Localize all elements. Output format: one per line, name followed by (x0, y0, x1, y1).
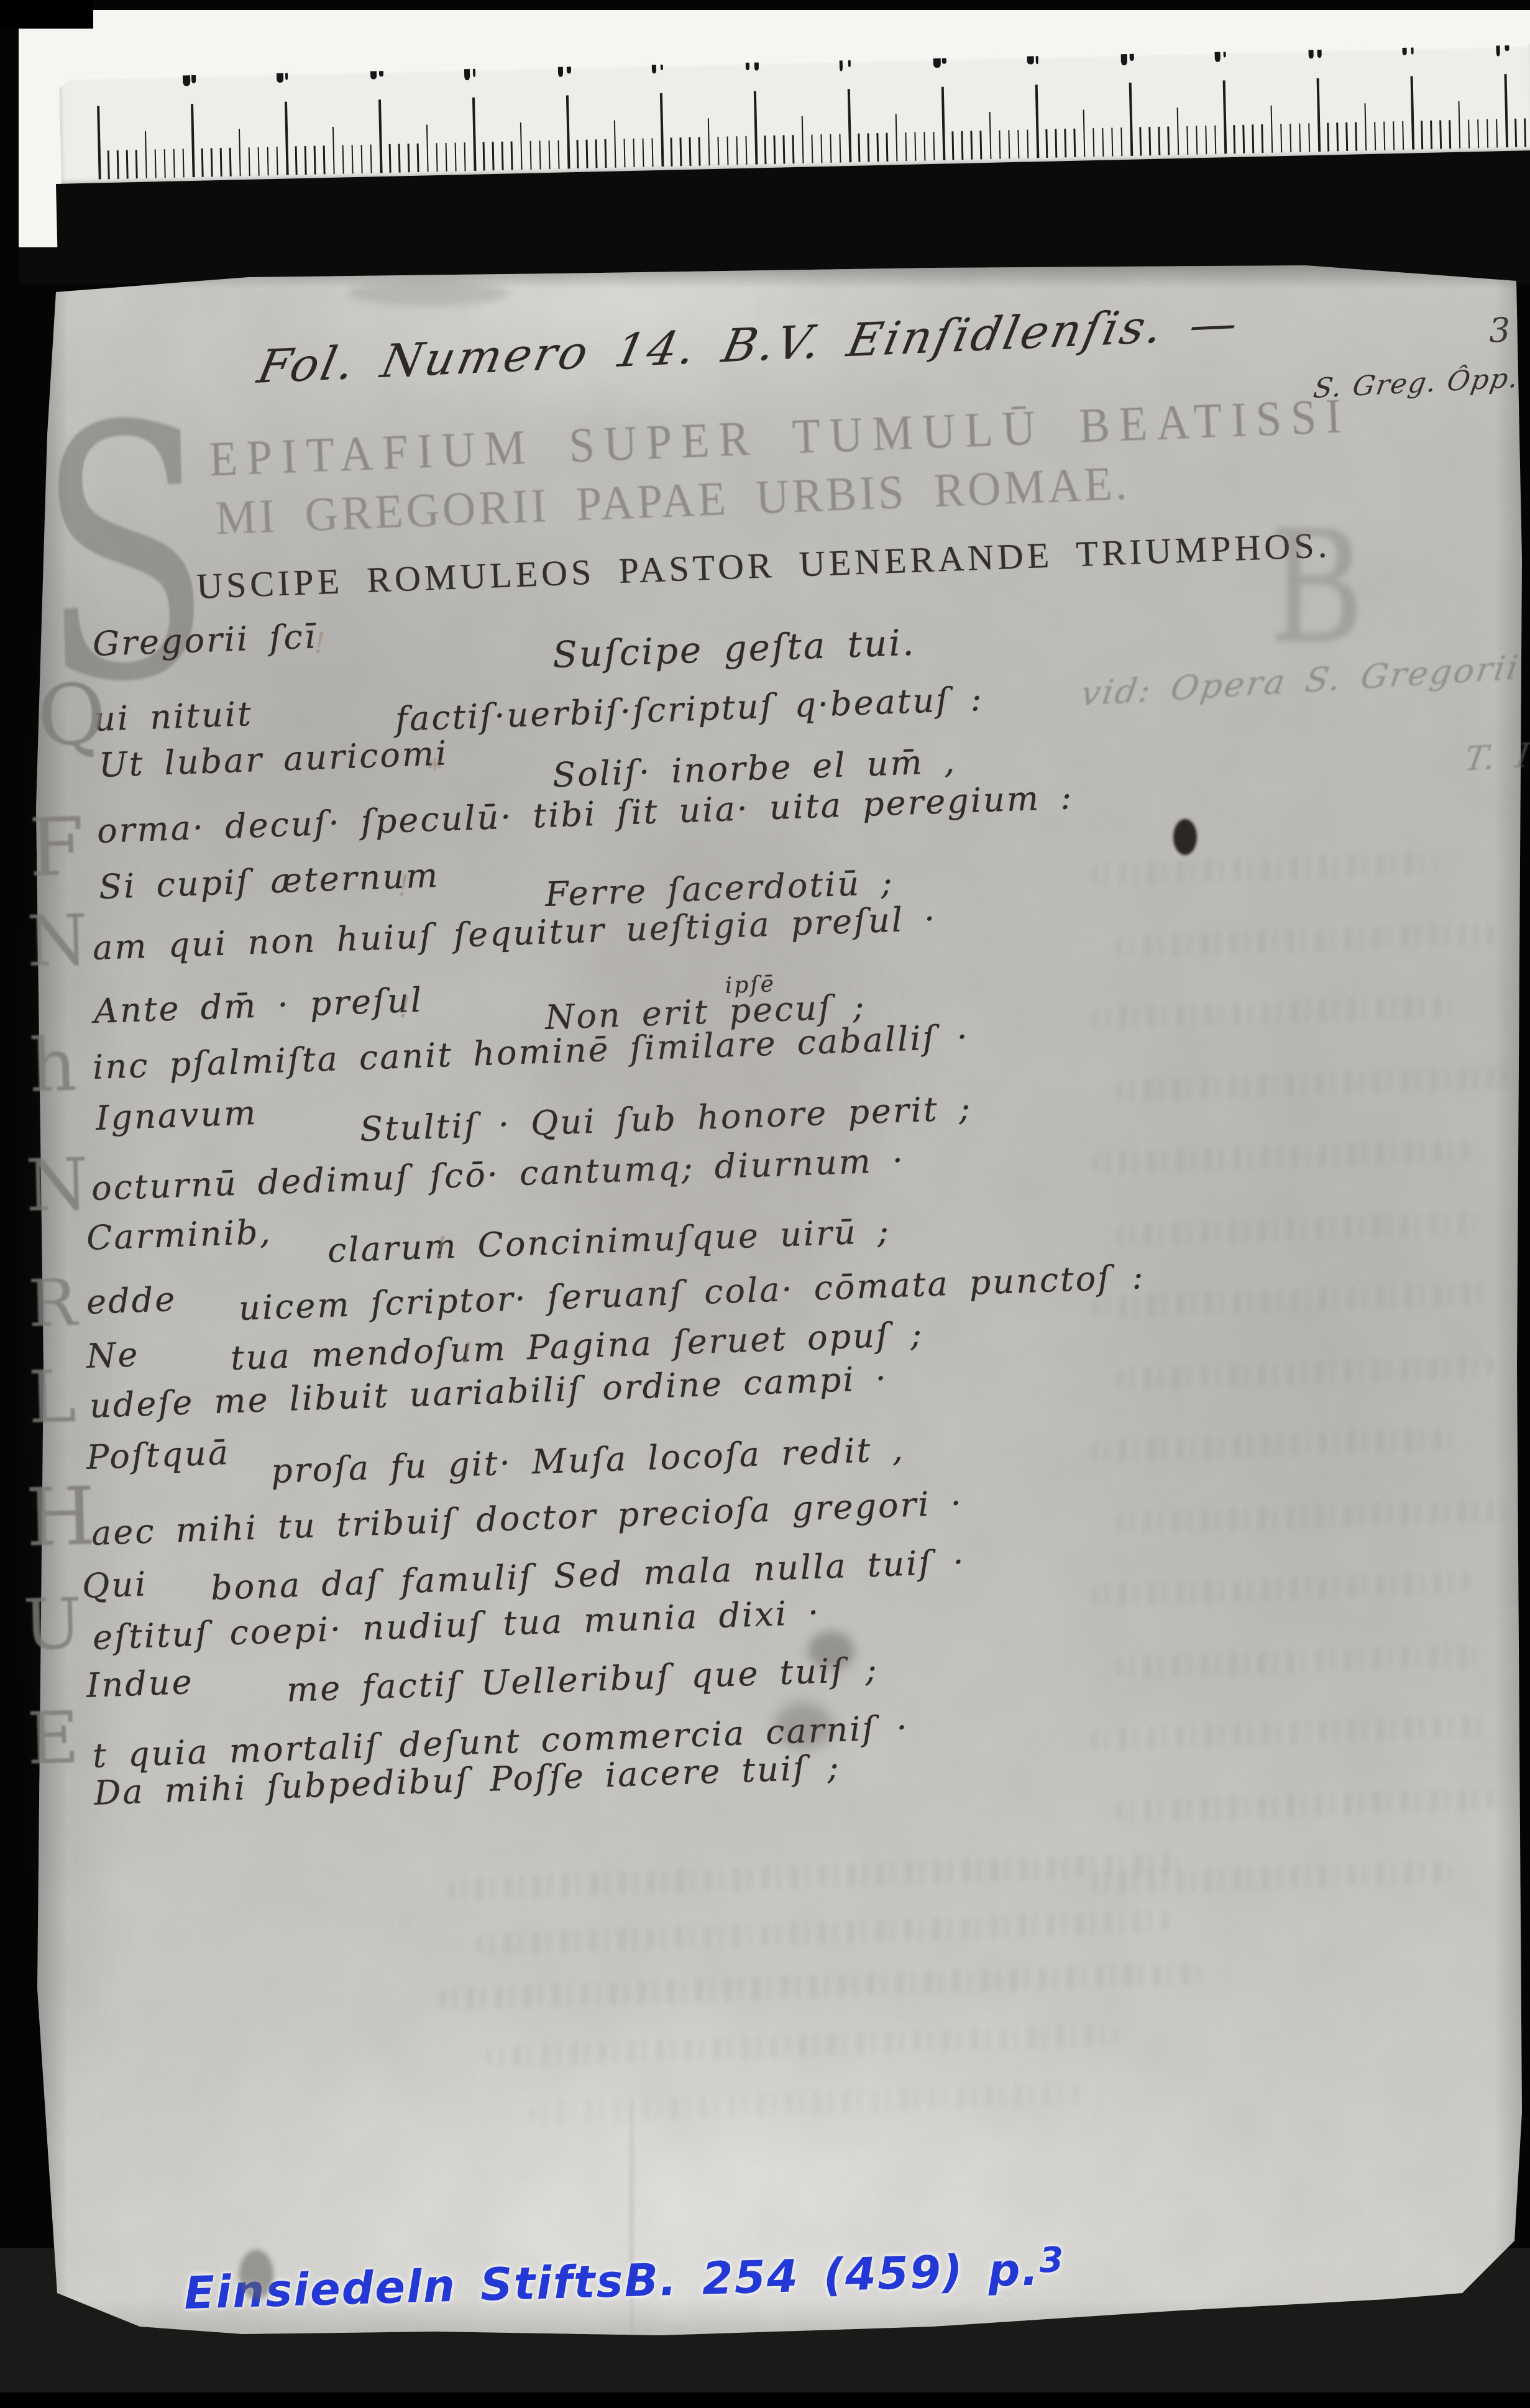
ruler-tick (783, 135, 786, 164)
ruler-tick (1345, 122, 1348, 151)
ruler-tick (642, 139, 644, 167)
ruler-number-stub (1121, 54, 1127, 65)
ruler-tick (1411, 76, 1414, 150)
ruler-tick (378, 99, 382, 173)
ruler-tick (314, 146, 316, 175)
ruler-tick (1196, 126, 1198, 154)
ruler-tick (483, 142, 485, 171)
ruler-tick (613, 121, 616, 168)
ruler-tick (586, 140, 589, 168)
ruler-tick (285, 102, 288, 175)
ruler-tick (914, 132, 917, 161)
ruler-tick (492, 142, 495, 170)
ruler-number-stub (558, 67, 563, 77)
ruler-number-stub (191, 75, 196, 83)
ruler-number-stub (840, 60, 843, 71)
ruler-tick (108, 150, 110, 179)
ruler-tick (1439, 121, 1442, 149)
frame-corner (0, 0, 93, 29)
ruler-tick (1008, 130, 1010, 158)
ruler-tick (342, 145, 344, 174)
ruler-tick (426, 125, 428, 172)
ruler-tick (820, 134, 823, 163)
ruler-tick (557, 140, 560, 169)
ink-stain (239, 2250, 273, 2299)
ruler-tick (1158, 127, 1161, 155)
ruler-tick (1449, 120, 1452, 149)
ruler-tick (745, 136, 748, 165)
opening-left: Gregorii ſcī (92, 616, 318, 664)
ruler-tick (1504, 74, 1508, 147)
ruler-tick (671, 138, 673, 167)
ruler-tick (801, 116, 804, 163)
ruler-number-stub (1224, 52, 1226, 57)
ruler-tick (305, 146, 307, 175)
ruler-number-stub (1317, 50, 1322, 58)
ink-stain (808, 1631, 854, 1670)
ruler-tick (548, 140, 551, 169)
ruler-tick (1186, 126, 1189, 155)
ruler-tick (905, 132, 907, 161)
ruler-tick (1148, 127, 1151, 155)
metrical-mark: ! (398, 869, 410, 902)
ruler-tick (1111, 128, 1114, 157)
ruler-tick (1421, 121, 1423, 149)
ink-stain (37, 559, 112, 2051)
ruler-tick (173, 149, 175, 178)
manuscript-photograph: 3 Fol. Numero 14. B.V. Einſidlenſis. — S… (0, 0, 1530, 2408)
ruler-tick (1074, 129, 1076, 157)
ruler-tick (211, 148, 213, 176)
metrical-mark: ! (461, 1336, 473, 1370)
metrical-mark: ! (314, 626, 326, 660)
ruler-tick (1430, 121, 1432, 149)
ruler-tick (774, 135, 776, 164)
ruler-tick (1017, 130, 1020, 158)
ruler-tick (323, 145, 326, 174)
ruler-tick (1327, 123, 1329, 152)
ruler-tick (736, 136, 738, 165)
ruler-tick (1468, 120, 1470, 149)
ruler-tick (707, 118, 710, 165)
ruler-tick (792, 135, 795, 163)
ruler-tick (754, 91, 758, 165)
ruler-tick (201, 149, 204, 177)
ruler-tick (539, 140, 541, 169)
ruler-tick (595, 139, 598, 168)
ruler-tick (257, 147, 260, 176)
ruler-number-stub (379, 71, 383, 76)
ruler-number-stub (277, 73, 283, 83)
ruler-tick (961, 131, 964, 160)
ruler-tick (1252, 124, 1255, 153)
ruler-tick (680, 137, 682, 166)
ruler-tick (999, 130, 1001, 159)
ruler-number-stub (183, 75, 190, 86)
ruler-number-stub (942, 58, 946, 64)
ruler-number-stub (567, 66, 571, 73)
ruler-number-stub (1496, 45, 1500, 56)
ruler-tick (689, 137, 692, 166)
ruler-tick (1102, 128, 1104, 157)
ruler-tick (1290, 124, 1292, 152)
ruler-tick (445, 143, 447, 172)
ruler-tick (1280, 124, 1283, 152)
ruler-tick (989, 112, 991, 159)
ruler-tick (1496, 119, 1498, 148)
ruler-tick (1035, 85, 1039, 158)
ruler-tick (1129, 83, 1133, 156)
ruler-tick (398, 144, 401, 173)
ruler-tick (183, 149, 185, 177)
ruler-tick (520, 122, 522, 170)
ruler-tick (1205, 126, 1207, 154)
ruler-tick (502, 142, 504, 170)
ruler-tick (1120, 127, 1123, 156)
ruler-tick (848, 89, 851, 162)
ruler-tick (895, 114, 897, 161)
ruler-number-stub (464, 69, 470, 80)
ruler-tick (117, 150, 119, 179)
metrical-mark: ! (435, 1230, 447, 1264)
ruler-number-stub (1505, 45, 1509, 51)
ruler-tick (464, 142, 466, 171)
ruler-tick (1364, 103, 1367, 150)
verse-line: Ignavum (95, 1093, 258, 1138)
ruler-tick (360, 145, 363, 173)
ink-stain (630, 2100, 633, 2337)
verse-line: ui nituit (93, 694, 254, 739)
metrical-mark: ! (399, 991, 411, 1024)
ruler-tick (135, 150, 138, 178)
ruler-tick (1458, 101, 1460, 149)
ruler-tick (220, 148, 222, 176)
ruler-tick (332, 127, 334, 174)
page-number: 3 (1488, 310, 1511, 350)
caption-page-sup: 3 (1038, 2240, 1065, 2281)
ruler-tick (868, 133, 870, 162)
ruler-tick (858, 134, 860, 162)
ruler-tick (1045, 129, 1048, 158)
ruler-tick (529, 141, 532, 170)
ruler-tick (1402, 121, 1404, 150)
ruler-tick (1317, 78, 1321, 152)
ruler-tick (566, 95, 570, 168)
ruler-tick (951, 131, 954, 160)
ruler-tick (454, 143, 457, 172)
ruler-tick (1336, 122, 1339, 151)
ink-stain (559, 808, 870, 1367)
ruler-tick (277, 147, 279, 175)
ruler-tick (941, 87, 945, 160)
ruler-tick (1055, 129, 1057, 158)
ruler-number-stub (848, 60, 851, 67)
ruler-tick (1308, 123, 1311, 152)
ruler-number-stub (1309, 50, 1314, 58)
ruler-number-stub (1215, 52, 1221, 62)
ruler-tick (1083, 110, 1085, 157)
ruler-tick (980, 130, 983, 159)
ruler-tick (605, 139, 607, 168)
ruler-tick (1168, 126, 1170, 155)
ruler-tick (295, 146, 298, 175)
ruler-number-stub (370, 71, 377, 79)
ruler-tick (1383, 122, 1386, 150)
ink-stain (1173, 819, 1197, 855)
ruler-tick (1139, 127, 1142, 156)
ruler-number-stub (1027, 56, 1034, 64)
ruler-tick (1065, 129, 1067, 157)
ruler-tick (1027, 130, 1029, 158)
ruler-tick (436, 143, 438, 172)
ruler-tick (933, 132, 935, 160)
verse-line: Carminib, (86, 1212, 273, 1258)
ruler-number-stub (285, 73, 288, 80)
ruler-tick (511, 141, 513, 170)
ruler-tick (238, 129, 240, 176)
ruler-tick (839, 134, 841, 162)
ruler-tick (126, 150, 129, 179)
ruler-number-stub (1402, 48, 1406, 55)
ruler-number-stub (1130, 54, 1134, 61)
ruler-tick (651, 138, 654, 167)
ruler-tick (1093, 128, 1095, 157)
ruler-tick (389, 144, 392, 173)
ruler-tick (623, 139, 626, 167)
bottom-black-strip (0, 2392, 1530, 2408)
ruler-number-stub (473, 69, 475, 77)
ruler-tick (472, 98, 476, 171)
ruler-tick (577, 140, 579, 168)
ink-stain (774, 1703, 833, 1749)
ruler-tick (1477, 119, 1480, 148)
ruler-tick (97, 106, 101, 180)
ruler-tick (699, 137, 701, 166)
ruler-tick (1299, 124, 1301, 152)
ruler-number-stub (746, 63, 749, 70)
ruler-tick (886, 133, 889, 162)
ruler-tick (1176, 108, 1179, 155)
ruler-tick (1355, 122, 1358, 151)
ruler-tick (1262, 124, 1264, 153)
ruler-tick (1223, 80, 1227, 153)
ruler-tick (248, 147, 250, 176)
ruler-tick (1374, 122, 1377, 150)
ruler-tick (923, 132, 926, 160)
ruler-number-stub (933, 58, 941, 68)
ruler-tick (764, 135, 767, 164)
ruler-number-stub (1036, 56, 1038, 64)
ruler-tick (1486, 119, 1489, 148)
ruler-tick (1393, 121, 1395, 150)
ruler-tick (830, 134, 832, 163)
ruler-tick (1233, 125, 1235, 153)
ruler-tick (408, 144, 410, 172)
ruler-tick (154, 149, 157, 178)
ruler-tick (163, 149, 166, 178)
metrical-mark: ⁎ (428, 743, 442, 777)
ruler-tick (351, 145, 354, 173)
pencil-margin-note-2: T. IV (1462, 734, 1530, 779)
ruler-number-stub (652, 65, 656, 73)
ruler-number-stub (661, 65, 663, 70)
ruler-tick (145, 131, 147, 178)
ruler-tick (1270, 106, 1273, 153)
ruler-tick (417, 144, 419, 172)
ruler-tick (1242, 125, 1245, 153)
ruler-tick (1514, 119, 1517, 147)
ruler-tick (811, 135, 813, 163)
ruler-number-stub (1411, 48, 1413, 55)
ruler-tick (1214, 126, 1217, 154)
ruler-tick (971, 131, 973, 160)
ruler-tick (660, 93, 664, 167)
verso-showthrough-initial: B (1268, 497, 1365, 678)
ruler-tick (877, 133, 879, 162)
ruler-tick (229, 148, 232, 176)
ruler-tick (1524, 118, 1526, 147)
ink-stain (348, 281, 510, 306)
ruler-tick (726, 137, 729, 165)
ruler-tick (370, 145, 372, 173)
ruler-tick (191, 104, 195, 177)
ruler-tick (267, 147, 269, 175)
ruler-number-stub (754, 62, 759, 70)
ruler-tick (633, 139, 635, 167)
ruler-tick (717, 137, 720, 165)
